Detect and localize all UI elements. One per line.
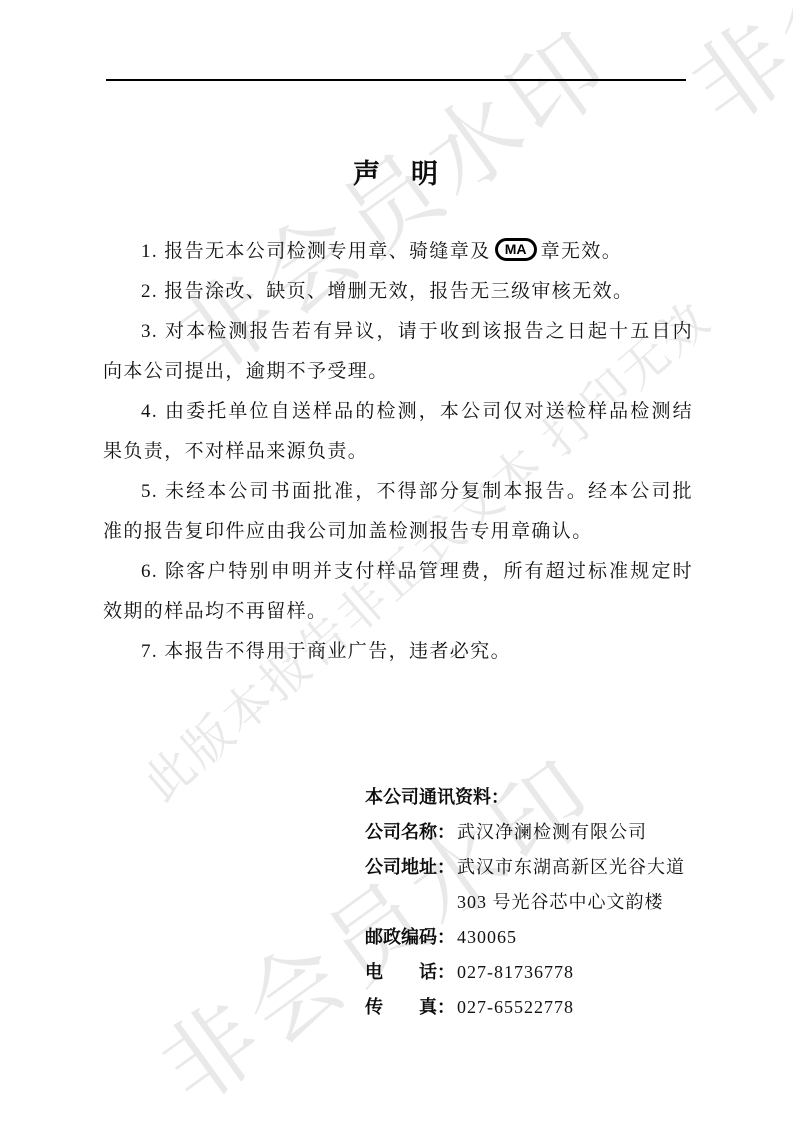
contact-value-address-line2: 303 号光谷芯中心文韵楼	[457, 885, 685, 920]
contact-heading: 本公司通讯资料：	[365, 780, 685, 815]
statement-item-4: 4. 由委托单位自送样品的检测，本公司仅对送检样品检测结果负责，不对样品来源负责…	[103, 392, 693, 472]
contact-label: 传 真：	[365, 990, 457, 1025]
cma-mark-icon: MA	[495, 238, 537, 261]
statement-1-post: 章无效。	[541, 241, 623, 262]
contact-value-phone: 027-81736778	[457, 955, 574, 990]
page-title: 声 明	[0, 152, 793, 191]
contact-row-company-name: 公司名称： 武汉净澜检测有限公司	[365, 815, 685, 850]
statement-item-1: 1. 报告无本公司检测专用章、骑缝章及MA章无效。	[103, 232, 693, 272]
contact-label: 公司名称：	[365, 815, 457, 850]
contact-label: 电 话：	[365, 955, 457, 990]
contact-value-postcode: 430065	[457, 920, 517, 955]
statement-item-3: 3. 对本检测报告若有异议，请于收到该报告之日起十五日内向本公司提出，逾期不予受…	[103, 312, 693, 392]
contact-value-address-line1: 武汉市东湖高新区光谷大道	[457, 850, 685, 885]
watermark-member-corner: 非会员水印	[659, 0, 793, 149]
contact-label: 邮政编码：	[365, 920, 457, 955]
statement-1-pre: 1. 报告无本公司检测专用章、骑缝章及	[141, 241, 491, 262]
contact-label: 公司地址：	[365, 850, 457, 885]
contact-row-postcode: 邮政编码： 430065	[365, 920, 685, 955]
document-page: 非会员水印 此版本报告非正式文本 打印无效 非会员水印 非会员水印 声 明 1.…	[0, 0, 793, 1122]
statement-item-2: 2. 报告涂改、缺页、增删无效，报告无三级审核无效。	[103, 272, 693, 312]
statements-list: 1. 报告无本公司检测专用章、骑缝章及MA章无效。 2. 报告涂改、缺页、增删无…	[103, 232, 693, 672]
statement-item-6: 6. 除客户特别申明并支付样品管理费，所有超过标准规定时效期的样品均不再留样。	[103, 552, 693, 632]
contact-row-fax: 传 真： 027-65522778	[365, 990, 685, 1025]
contact-row-phone: 电 话： 027-81736778	[365, 955, 685, 990]
contact-value-fax: 027-65522778	[457, 990, 574, 1025]
header-rule	[106, 79, 686, 81]
contact-value-company-name: 武汉净澜检测有限公司	[457, 815, 647, 850]
statement-item-7: 7. 本报告不得用于商业广告，违者必究。	[103, 632, 693, 672]
statement-item-5: 5. 未经本公司书面批准，不得部分复制本报告。经本公司批准的报告复印件应由我公司…	[103, 472, 693, 552]
contact-row-address: 公司地址： 武汉市东湖高新区光谷大道 303 号光谷芯中心文韵楼	[365, 850, 685, 920]
contact-block: 本公司通讯资料： 公司名称： 武汉净澜检测有限公司 公司地址： 武汉市东湖高新区…	[365, 780, 685, 1025]
